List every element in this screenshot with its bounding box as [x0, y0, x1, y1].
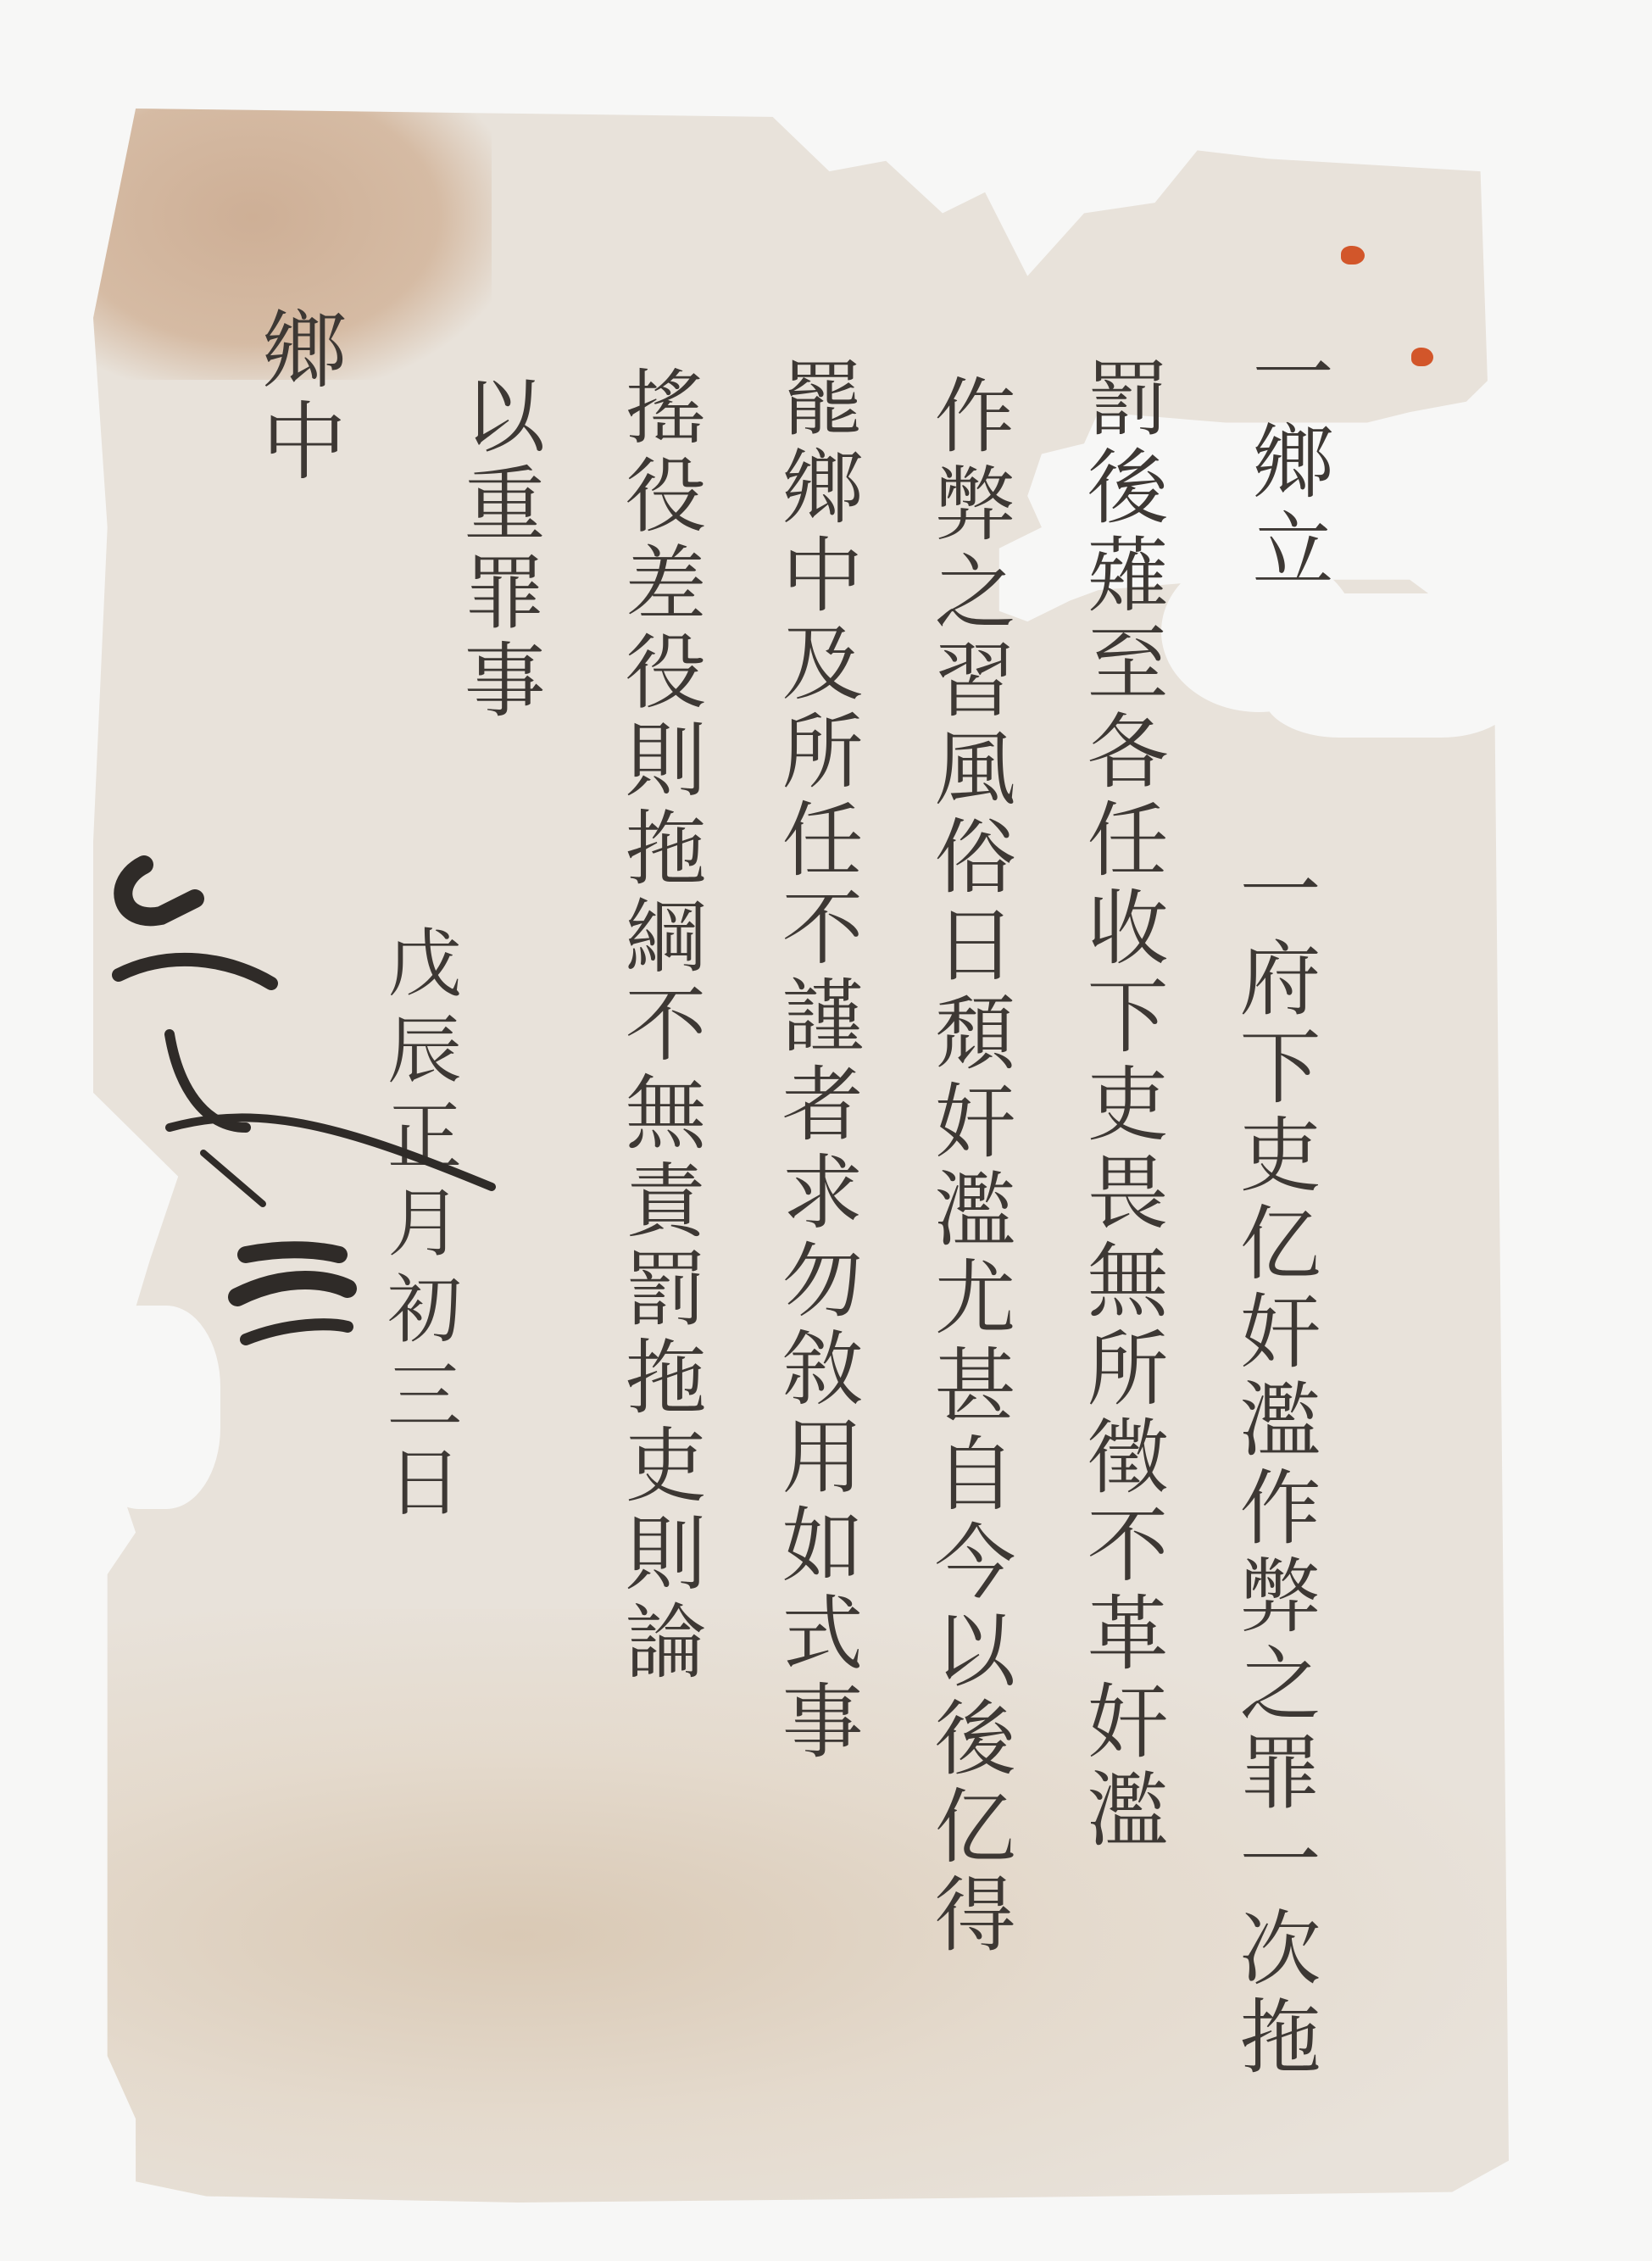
signature-mark: [93, 848, 568, 1373]
text-column-4: 作弊之習風俗日頹奸濫尤甚自今以後亿得: [928, 373, 1010, 1960]
text-column-1: 一鄉立: [1246, 331, 1327, 595]
red-mark: [1411, 348, 1433, 366]
red-mark: [1341, 246, 1365, 265]
text-column-3: 罰後薙至各任收下吏畏無所徵不革奸濫: [1081, 356, 1162, 1855]
text-column-5: 罷鄉中及所任不謹者求勿敘用如式事: [776, 356, 857, 1767]
text-column-8: 鄉中: [254, 305, 339, 488]
text-column-2: 一府下吏亿奸濫作弊之罪一次拖: [1233, 848, 1315, 2082]
text-column-6: 搖役差役則拖綱不無責罰拖吏則論: [619, 365, 700, 1687]
paper-tear: [1263, 593, 1517, 738]
text-column-7: 以重罪事: [458, 373, 539, 726]
